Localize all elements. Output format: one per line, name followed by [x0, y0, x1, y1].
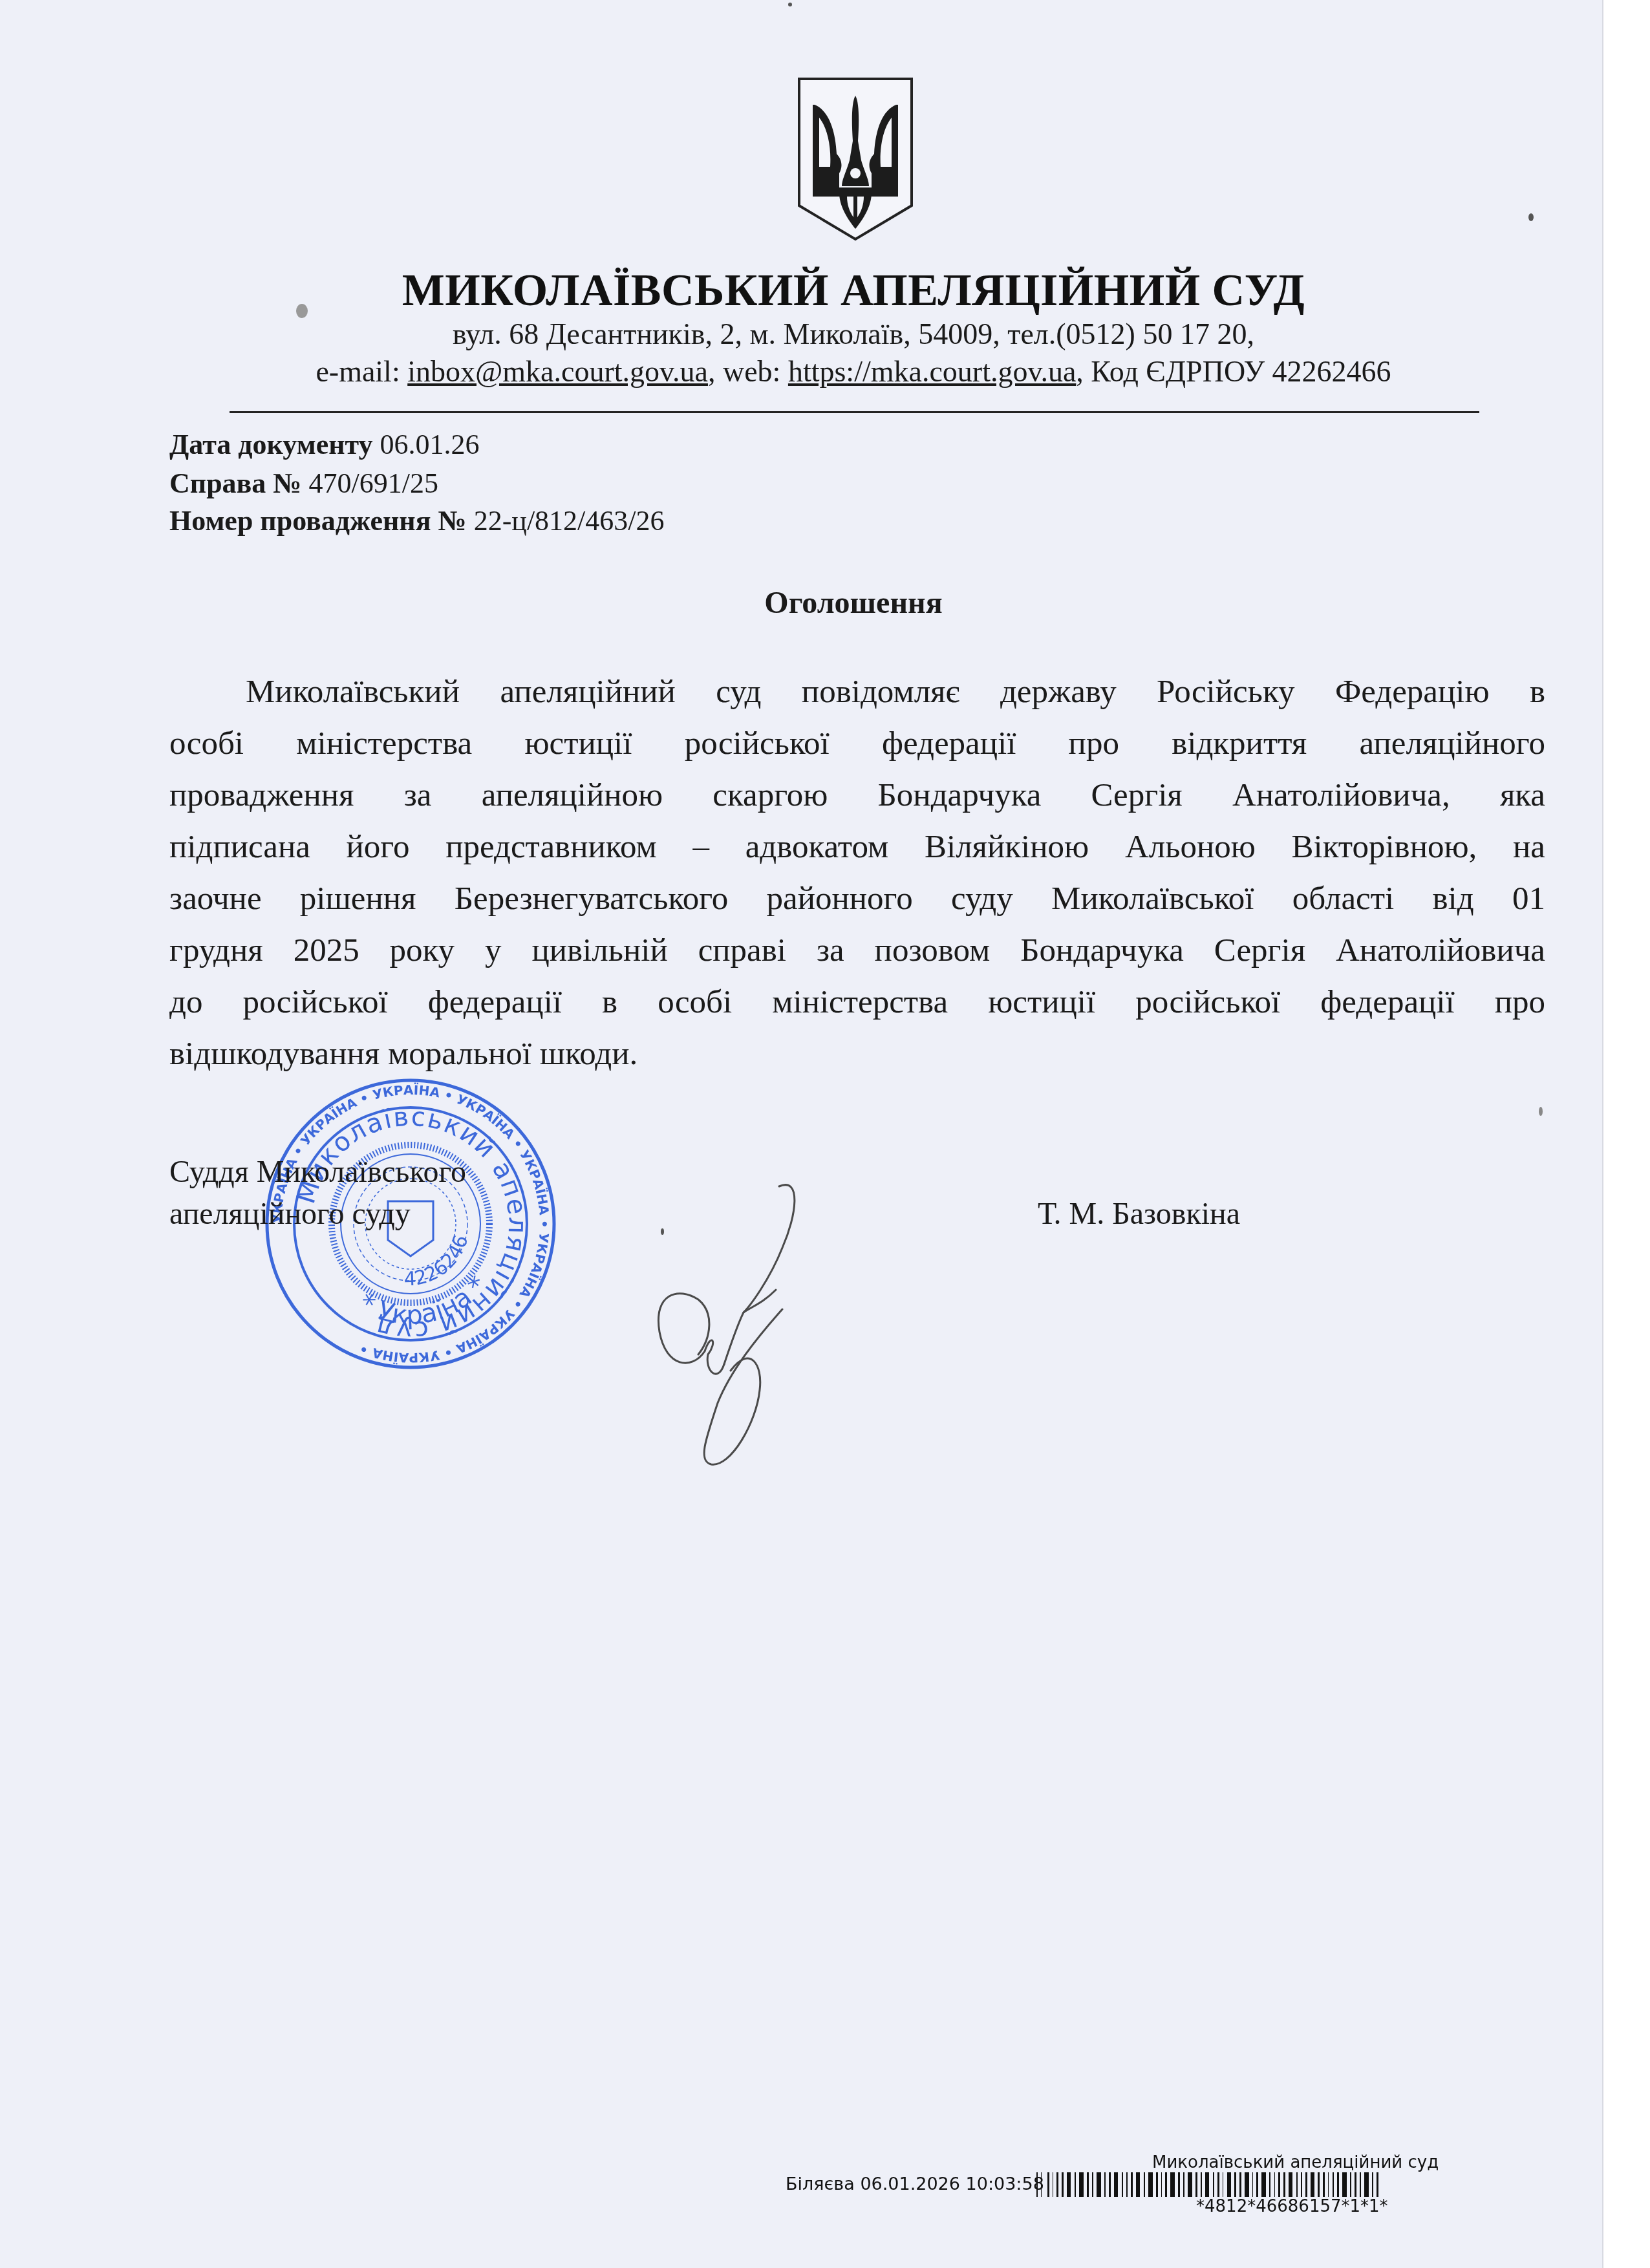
handwritten-signature-icon	[647, 1177, 918, 1474]
barcode-number: *4812*46686157*1*1*	[1196, 2197, 1388, 2216]
email-link[interactable]: inbox@mka.court.gov.ua	[407, 355, 708, 388]
case-number-value: 470/691/25	[302, 467, 438, 499]
judge-name: Т. М. Базовкіна	[1038, 1196, 1240, 1232]
body-line: грудня 2025 року у цивільній справі за п…	[169, 925, 1545, 976]
footer-registration-stamp: Біляєва 06.01.2026 10:03:58	[786, 2174, 1044, 2194]
scan-speck	[1539, 1107, 1543, 1116]
edrpou-code: , Код ЄДРПОУ 42262466	[1076, 355, 1391, 388]
document-barcode	[1036, 2172, 1528, 2197]
document-date: Дата документу 06.01.26	[169, 428, 480, 461]
court-contacts: e-mail: inbox@mka.court.gov.ua, web: htt…	[0, 354, 1650, 389]
court-name-heading: МИКОЛАЇВСЬКИЙ АПЕЛЯЦІЙНИЙ СУД	[0, 265, 1650, 317]
body-line: підписана його представником – адвокатом…	[169, 821, 1545, 873]
body-line: заочне рішення Березнегуватського районн…	[169, 873, 1545, 925]
court-address: вул. 68 Десантників, 2, м. Миколаїв, 540…	[0, 317, 1650, 351]
web-label: , web:	[708, 355, 788, 388]
announcement-body: Миколаївський апеляційний суд повідомляє…	[169, 666, 1545, 1080]
judge-position-line-2: апеляційного суду	[169, 1196, 411, 1232]
document-title: Оголошення	[0, 585, 1650, 621]
scan-speck	[1528, 213, 1534, 221]
email-label: e-mail:	[316, 355, 407, 388]
body-line: особі міністерства юстиції російської фе…	[169, 718, 1545, 769]
proceeding-number-value: 22-ц/812/463/26	[467, 505, 665, 537]
scan-speck	[788, 3, 792, 6]
proceeding-number: Номер провадження № 22-ц/812/463/26	[169, 504, 665, 537]
header-divider	[230, 411, 1479, 413]
coat-of-arms-icon	[797, 76, 914, 244]
body-line: відшкодування моральної шкоди.	[169, 1028, 1545, 1080]
case-number-label: Справа №	[169, 467, 302, 499]
document-date-label: Дата документу	[169, 429, 373, 460]
case-number: Справа № 470/691/25	[169, 467, 438, 500]
proceeding-number-label: Номер провадження №	[169, 505, 467, 537]
website-link[interactable]: https://mka.court.gov.ua	[788, 355, 1076, 388]
document-date-value: 06.01.26	[373, 429, 480, 460]
body-line: до російської федерації в особі міністер…	[169, 976, 1545, 1028]
judge-position-line-1: Суддя Миколаївського	[169, 1154, 466, 1190]
footer-court-name: Миколаївський апеляційний суд	[1152, 2153, 1439, 2172]
body-line: Миколаївський апеляційний суд повідомляє…	[169, 666, 1545, 718]
body-line: провадження за апеляційною скаргою Бонда…	[169, 769, 1545, 821]
